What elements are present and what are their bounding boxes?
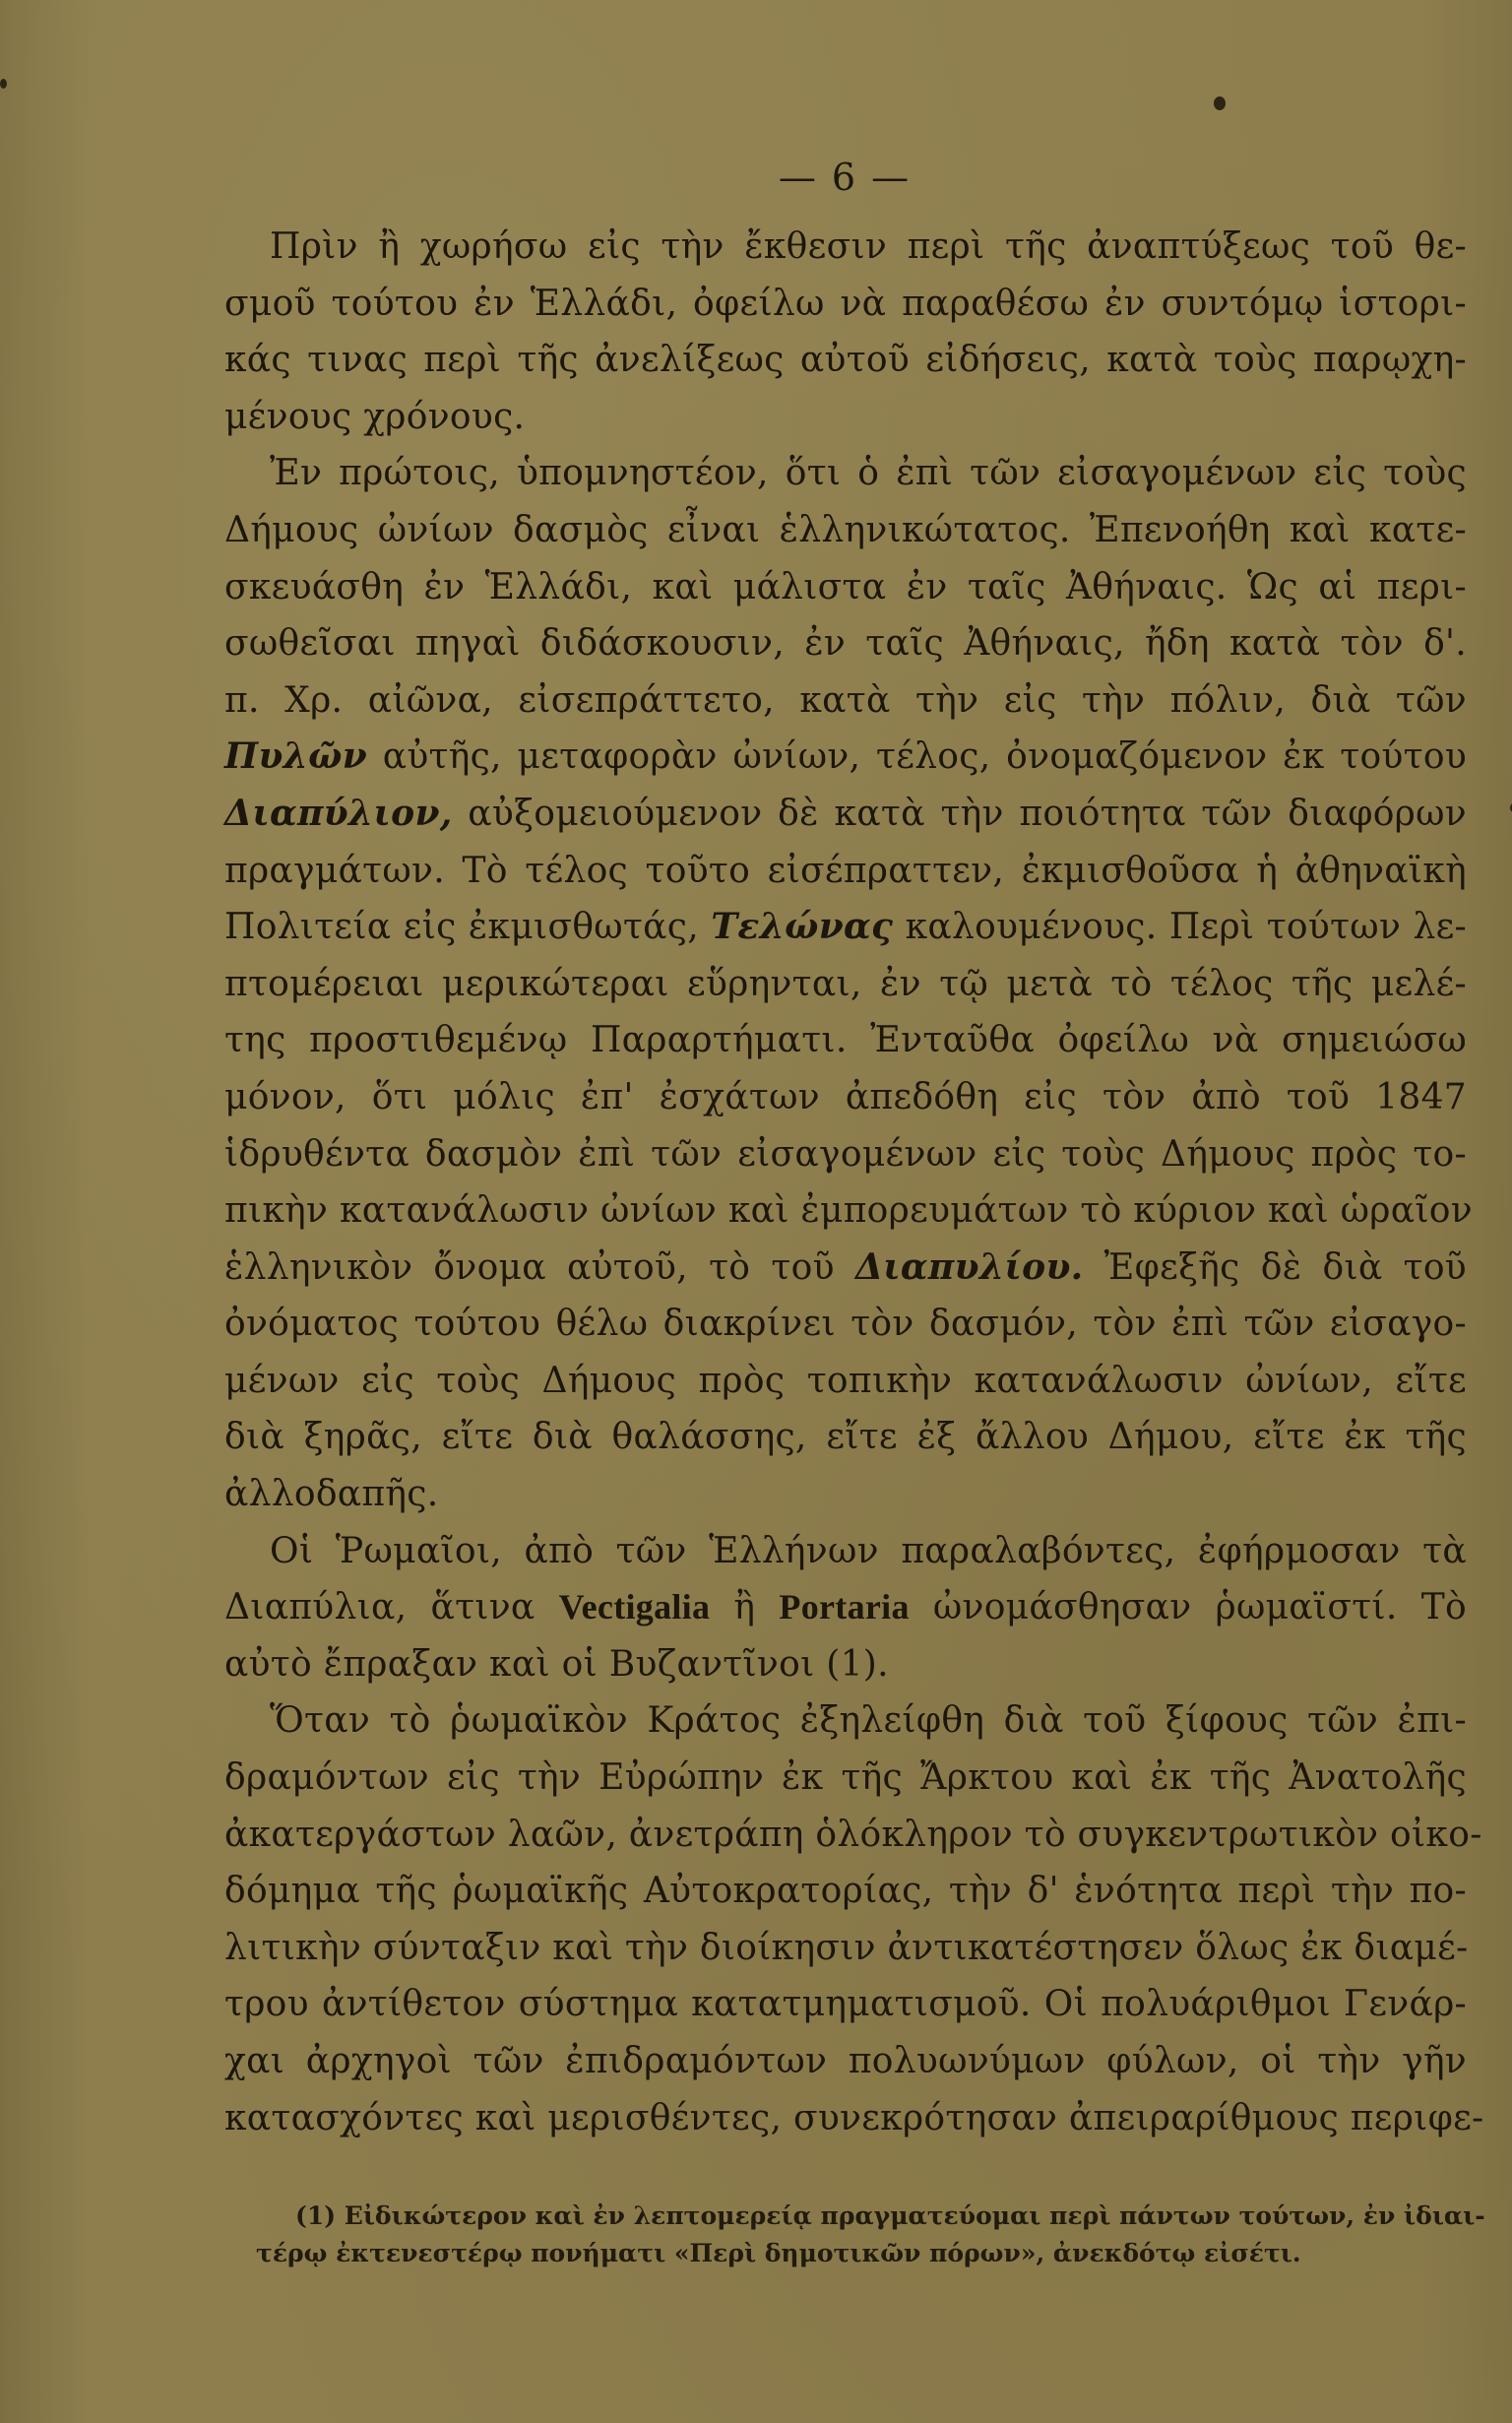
text-line: της προστιθεμένῳ Παραρτήματι. Ἐνταῦθα ὀφ… bbox=[224, 1012, 1467, 1069]
text-segment: ἢ bbox=[710, 1587, 779, 1627]
text-line: τρου ἀντίθετον σύστημα κατατμηματισμοῦ. … bbox=[224, 1976, 1467, 2033]
text-line: ἱδρυθέντα δασμὸν ἐπὶ τῶν εἰσαγομένων εἰς… bbox=[224, 1126, 1467, 1183]
text-line: χαι ἀρχηγοὶ τῶν ἐπιδραμόντων πολυωνύμων … bbox=[224, 2033, 1467, 2090]
text-segment: αὐξομειούμενον δὲ κατὰ τὴν ποιότητα τῶν … bbox=[453, 794, 1467, 834]
text-line: Πυλῶν αὐτῆς, μεταφορὰν ὠνίων, τέλος, ὀνο… bbox=[224, 729, 1467, 786]
latin-term-vectigalia: Vectigalia bbox=[559, 1587, 711, 1626]
footnote-line: (1) Εἰδικώτερον καὶ ἐν λεπτομερείᾳ πραγμ… bbox=[295, 2198, 1467, 2235]
text-line: Ὅταν τὸ ῥωμαϊκὸν Κράτος ἐξηλείφθη διὰ το… bbox=[224, 1692, 1467, 1750]
text-line: σμοῦ τούτου ἐν Ἑλλάδι, ὀφείλω νὰ παραθέσ… bbox=[224, 276, 1467, 333]
text-line: Πολιτεία εἰς ἐκμισθωτάς, Τελώνας καλουμέ… bbox=[224, 899, 1467, 956]
text-segment: Πολιτεία εἰς ἐκμισθωτάς, bbox=[224, 907, 711, 947]
text-segment: αὐτῆς, μεταφορὰν ὠνίων, τέλος, ὀνομαζόμε… bbox=[367, 736, 1467, 777]
text-line: π. Χρ. αἰῶνα, εἰσεπράττετο, κατὰ τὴν εἰς… bbox=[224, 672, 1467, 730]
text-line: δόμημα τῆς ῥωμαϊκῆς Αὐτοκρατορίας, τὴν δ… bbox=[224, 1863, 1467, 1920]
text-line: διὰ ξηρᾶς, εἴτε διὰ θαλάσσης, εἴτε ἐξ ἄλ… bbox=[224, 1409, 1467, 1466]
text-line: Διαπύλια, ἅτινα Vectigalia ἢ Portaria ὠν… bbox=[224, 1579, 1467, 1636]
footnote-line: τέρῳ ἐκτενεστέρῳ πονήματι «Περὶ δημοτικῶ… bbox=[256, 2235, 1467, 2272]
text-line: ὀνόματος τούτου θέλω διακρίνει τὸν δασμό… bbox=[224, 1296, 1467, 1353]
text-segment: Διαπύλια, ἅτινα bbox=[224, 1587, 559, 1627]
footnote-text: Εἰδικώτερον καὶ ἐν λεπτομερείᾳ πραγματεύ… bbox=[345, 2201, 1485, 2230]
text-line: μένους χρόνους. bbox=[224, 389, 1467, 446]
text-line: κάς τινας περὶ τῆς ἀνελίξεως αὐτοῦ εἰδήσ… bbox=[224, 332, 1467, 389]
book-page: — 6 — Πρὶν ἢ χωρήσω εἰς τὴν ἔκθεσιν περὶ… bbox=[0, 0, 1512, 2423]
text-line: κατασχόντες καὶ μερισθέντες, συνεκρότησα… bbox=[224, 2090, 1467, 2147]
text-line: Δήμους ὠνίων δασμὸς εἶναι ἑλληνικώτατος.… bbox=[224, 502, 1467, 559]
text-line: ἀκατεργάστων λαῶν, ἀνετράπη ὁλόκληρον τὸ… bbox=[224, 1807, 1467, 1864]
page-number: — 6 — bbox=[0, 156, 1512, 199]
text-line: Πρὶν ἢ χωρήσω εἰς τὴν ἔκθεσιν περὶ τῆς ἀ… bbox=[224, 219, 1467, 276]
emphasis-pylon: Πυλῶν bbox=[224, 735, 367, 777]
text-line: αὐτὸ ἔπραξαν καὶ οἱ Βυζαντῖνοι (1). bbox=[224, 1636, 1467, 1693]
text-line: Διαπύλιον, αὐξομειούμενον δὲ κατὰ τὴν πο… bbox=[224, 786, 1467, 843]
text-segment: καλουμένους. Περὶ τούτων λε- bbox=[893, 907, 1467, 947]
text-line: δραμόντων εἰς τὴν Εὐρώπην ἐκ τῆς Ἄρκτου … bbox=[224, 1750, 1467, 1807]
text-segment: ὠνομάσθησαν ῥωμαϊστί. Τὸ bbox=[910, 1587, 1467, 1627]
ink-speck bbox=[1214, 96, 1226, 110]
text-line: πικὴν κατανάλωσιν ὠνίων καὶ ἐμπορευμάτων… bbox=[224, 1182, 1467, 1240]
emphasis-telonas: Τελώνας bbox=[711, 906, 893, 947]
body-text: Πρὶν ἢ χωρήσω εἰς τὴν ἔκθεσιν περὶ τῆς ἀ… bbox=[224, 219, 1467, 2146]
text-line: σκευάσθη ἐν Ἑλλάδι, καὶ μάλιστα ἐν ταῖς … bbox=[224, 559, 1467, 616]
emphasis-diapylion: Διαπύλιον, bbox=[224, 793, 453, 834]
text-line: Ἐν πρώτοις, ὑπομνηστέον, ὅτι ὁ ἐπὶ τῶν ε… bbox=[224, 445, 1467, 502]
text-segment: Ἐφεξῆς δὲ διὰ τοῦ bbox=[1084, 1247, 1467, 1288]
latin-term-portaria: Portaria bbox=[779, 1587, 909, 1626]
footnote-marker: (1) bbox=[295, 2201, 336, 2230]
footnotes: (1) Εἰδικώτερον καὶ ἐν λεπτομερείᾳ πραγμ… bbox=[295, 2198, 1467, 2272]
emphasis-diapyliou: Διαπυλίου. bbox=[855, 1246, 1084, 1288]
ink-speck bbox=[0, 79, 7, 89]
text-line: ἀλλοδαπῆς. bbox=[224, 1466, 1467, 1523]
text-line: μόνον, ὅτι μόλις ἐπ' ἐσχάτων ἀπεδόθη εἰς… bbox=[224, 1069, 1467, 1126]
text-segment: ἑλληνικὸν ὄνομα αὐτοῦ, τὸ τοῦ bbox=[224, 1247, 855, 1288]
text-line: λιτικὴν σύνταξιν καὶ τὴν διοίκησιν ἀντικ… bbox=[224, 1920, 1467, 1977]
text-line: μένων εἰς τοὺς Δήμους πρὸς τοπικὴν καταν… bbox=[224, 1353, 1467, 1410]
text-line: πτομέρειαι μερικώτεραι εὕρηνται, ἐν τῷ μ… bbox=[224, 956, 1467, 1013]
text-line: σωθεῖσαι πηγαὶ διδάσκουσιν, ἐν ταῖς Ἀθήν… bbox=[224, 615, 1467, 672]
text-line: Οἱ Ῥωμαῖοι, ἀπὸ τῶν Ἑλλήνων παραλαβόντες… bbox=[224, 1523, 1467, 1580]
text-line: πραγμάτων. Τὸ τέλος τοῦτο εἰσέπραττεν, ἐ… bbox=[224, 843, 1467, 900]
text-line: ἑλληνικὸν ὄνομα αὐτοῦ, τὸ τοῦ Διαπυλίου.… bbox=[224, 1240, 1467, 1297]
